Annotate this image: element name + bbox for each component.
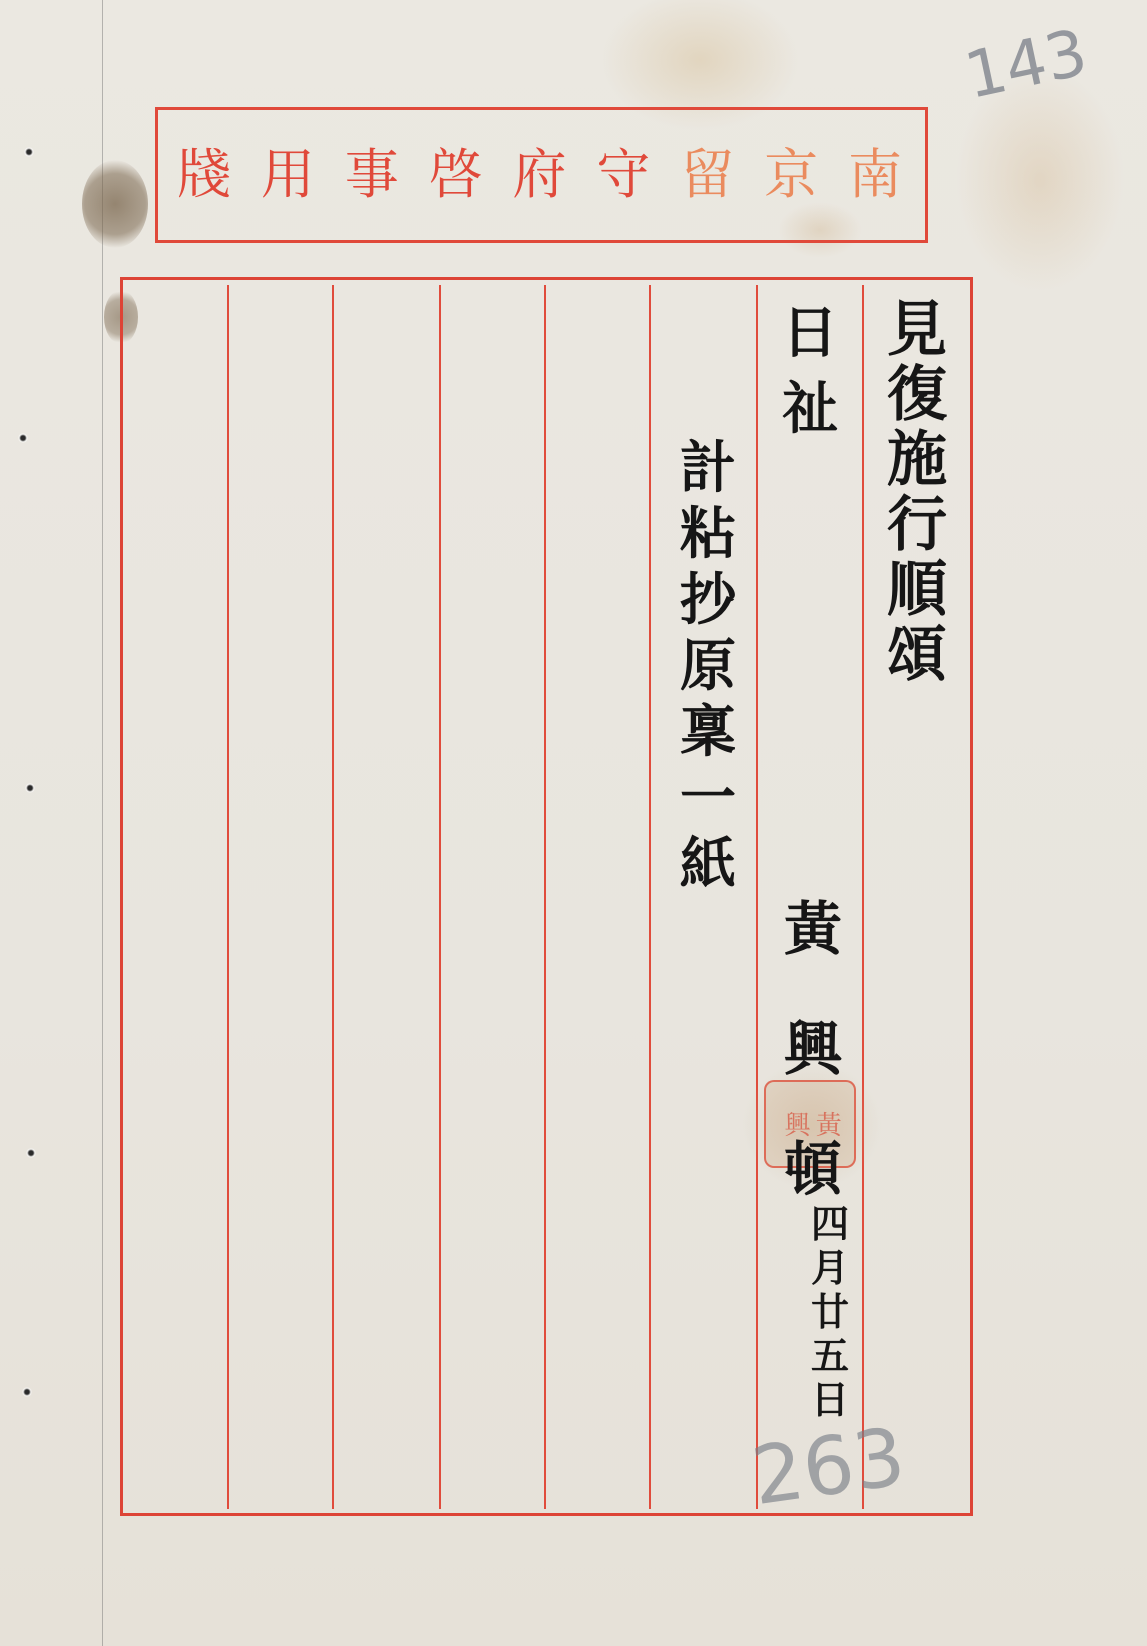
binding-hole-icon (18, 433, 28, 443)
text-column-2-salutation: 日 祉 (770, 305, 850, 437)
text-char: 行 (887, 495, 947, 555)
column-rule (756, 285, 758, 1509)
column-rule (439, 285, 441, 1509)
column-rule (544, 285, 546, 1509)
date-char: 月 (811, 1249, 849, 1287)
letterhead-char: 南 (843, 148, 907, 202)
text-char: 計 (680, 440, 736, 496)
letterhead-box: 南 京 留 守 府 啓 事 用 牋 (155, 107, 928, 243)
letterhead-char: 啓 (424, 148, 488, 202)
binding-hole-icon (22, 1387, 32, 1397)
letterhead-char: 牋 (172, 148, 236, 202)
text-char: 紙 (680, 836, 736, 892)
date: 四 月 廿 五 日 (800, 1205, 860, 1419)
letterhead-title: 南 京 留 守 府 啓 事 用 牋 (158, 110, 925, 240)
letterhead-char: 事 (340, 148, 404, 202)
signature-char: 興 (784, 1020, 842, 1078)
text-column-3-enclosure-note: 計 粘 抄 原 稟 一 紙 (668, 440, 748, 892)
signature-char: 頓 (784, 1140, 842, 1198)
binding-hole-icon (25, 783, 35, 793)
date-char: 五 (811, 1337, 849, 1375)
stain-upper (82, 160, 148, 248)
text-char: 粘 (680, 506, 736, 562)
letterhead-char: 守 (591, 148, 655, 202)
text-char: 復 (887, 365, 947, 425)
text-char: 祉 (782, 381, 838, 437)
date-char: 日 (811, 1381, 849, 1419)
text-char: 順 (887, 560, 947, 620)
text-char: 施 (887, 430, 947, 490)
text-char: 原 (680, 638, 736, 694)
text-char: 一 (680, 770, 736, 826)
binding-hole-icon (24, 147, 34, 157)
signature: 黃 興 頓 (768, 900, 858, 1198)
column-rule (332, 285, 334, 1509)
date-char: 廿 (811, 1293, 849, 1331)
text-char: 見 (887, 300, 947, 360)
fold-line (102, 0, 103, 1646)
text-char: 稟 (680, 704, 736, 760)
text-char: 抄 (680, 572, 736, 628)
column-rule (862, 285, 864, 1509)
letterhead-char: 用 (256, 148, 320, 202)
letterhead-char: 留 (675, 148, 739, 202)
column-rule (227, 285, 229, 1509)
date-char: 四 (811, 1205, 849, 1243)
letterhead-char: 府 (508, 148, 572, 202)
column-rule (649, 285, 651, 1509)
letterhead-char: 京 (759, 148, 823, 202)
signature-char: 黃 (784, 900, 842, 958)
binding-hole-icon (26, 1148, 36, 1158)
text-char: 日 (782, 305, 838, 361)
text-column-1: 見 復 施 行 順 頌 (872, 300, 962, 685)
text-char: 頌 (887, 625, 947, 685)
